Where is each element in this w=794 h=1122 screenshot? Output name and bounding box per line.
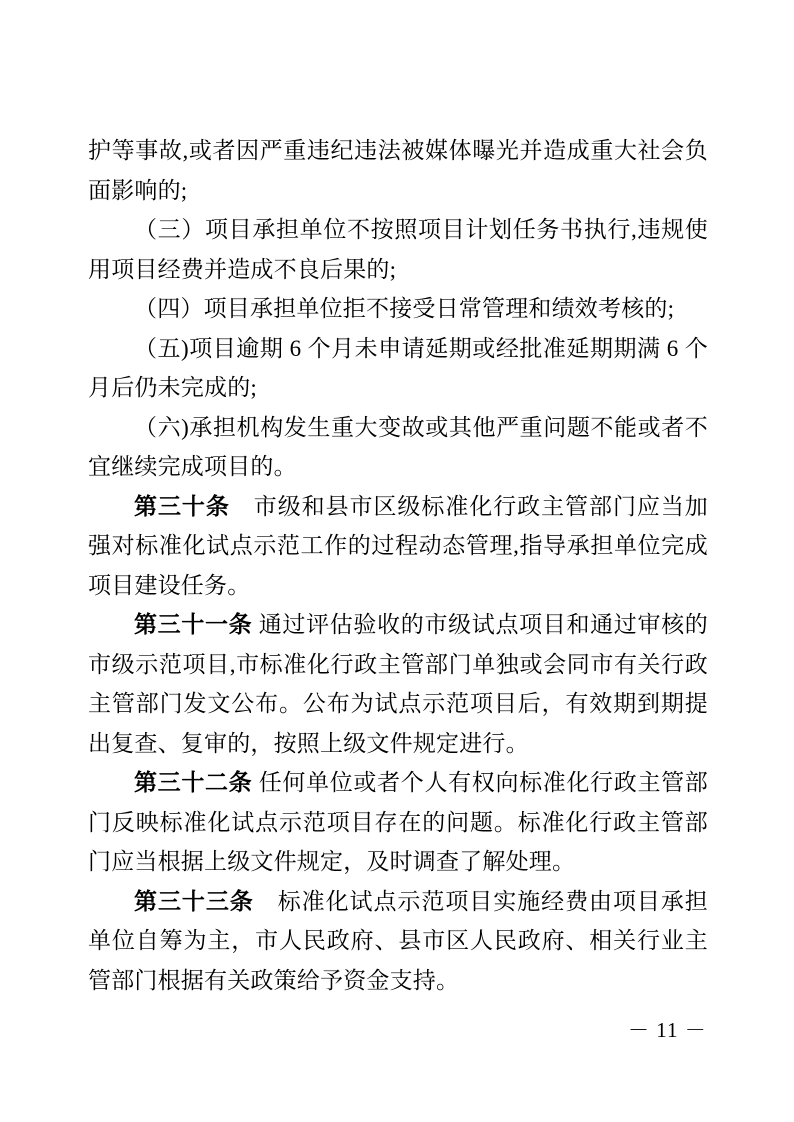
para-item-3: （三）项目承担单位不按照项目计划任务书执行,违规使用项目经费并造成不良后果的; <box>88 210 708 289</box>
para-article-31-lead: 第三十一条 <box>134 612 252 637</box>
para-article-32-lead: 第三十二条 <box>134 770 252 795</box>
para-article-31: 第三十一条 通过评估验收的市级试点项目和通过审核的市级示范项目,市标准化行政主管… <box>88 605 708 763</box>
para-item-5: （五)项目逾期 6 个月未申请延期或经批准延期期满 6 个月后仍未完成的; <box>88 329 708 408</box>
para-item-4: （四）项目承担单位拒不接受日常管理和绩效考核的; <box>88 289 708 329</box>
para-item-6: （六)承担机构发生重大变故或其他严重问题不能或者不宜继续完成项目的。 <box>88 408 708 487</box>
para-article-30: 第三十条 市级和县市区级标准化行政主管部门应当加强对标准化试点示范工作的过程动态… <box>88 487 708 606</box>
para-continuation: 护等事故,或者因严重违纪违法被媒体曝光并造成重大社会负面影响的; <box>88 131 708 210</box>
para-article-30-lead: 第三十条 <box>134 494 230 519</box>
para-article-32: 第三十二条 任何单位或者个人有权向标准化行政主管部门反映标准化试点示范项目存在的… <box>88 763 708 882</box>
document-page: 护等事故,或者因严重违纪违法被媒体曝光并造成重大社会负面影响的;（三）项目承担单… <box>0 0 794 1122</box>
page-number: － 11 － <box>628 1014 707 1044</box>
document-body: 护等事故,或者因严重违纪违法被媒体曝光并造成重大社会负面影响的;（三）项目承担单… <box>88 131 708 1000</box>
para-article-33: 第三十三条 标准化试点示范项目实施经费由项目承担单位自筹为主，市人民政府、县市区… <box>88 882 708 1001</box>
para-article-33-lead: 第三十三条 <box>134 889 254 914</box>
